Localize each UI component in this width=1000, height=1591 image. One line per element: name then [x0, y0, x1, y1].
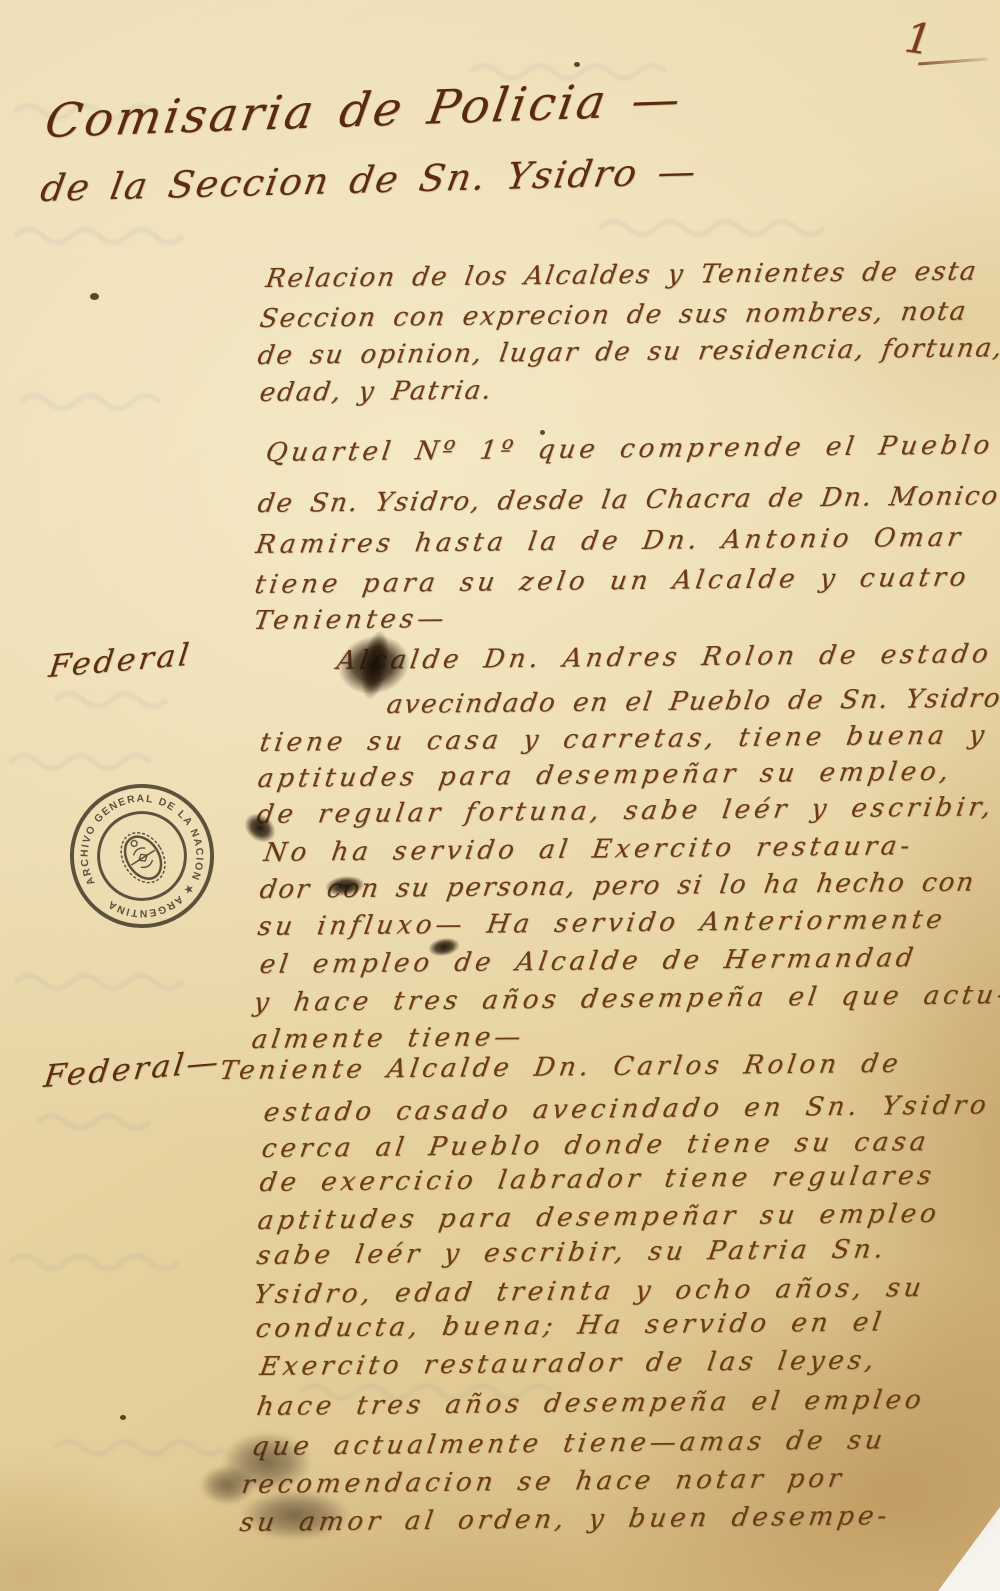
entry2-line: estado casado avecindado en Sn. Ysidro [262, 1092, 992, 1126]
torn-corner [938, 1507, 1000, 1591]
manuscript-page: 1 Comisaria de Policia — de la Seccion d… [0, 0, 1000, 1591]
entry2-line: de exercicio labrador tiene regulares [258, 1163, 937, 1196]
cuartel-line: Tenientes— [252, 606, 449, 634]
stamp-text: ARCHIVO GENERAL DE LA NACION ★ ARGENTINA [56, 770, 228, 942]
entry2-line: Teniente Alcalde Dn. Carlos Rolon de [218, 1051, 903, 1084]
intro-line: Seccion con exprecion de sus nombres, no… [258, 299, 969, 332]
cuartel-line: de Sn. Ysidro, desde la Chacra de Dn. Mo… [256, 483, 1000, 517]
stamp-outer-ring [45, 759, 238, 952]
page-number: 1 [902, 12, 935, 64]
cuartel-line: Ramires hasta la de Dn. Antonio Omar [254, 525, 966, 558]
entry2-line: conducta, buena; Ha servido en el [254, 1309, 887, 1342]
entry2-line: aptitudes para desempeñar su empleo [256, 1201, 942, 1234]
ink-speck [540, 430, 545, 435]
margin-note-federal: Federal— [42, 1047, 223, 1093]
entry1-line: de regular fortuna, sabe leér y escribir… [255, 794, 996, 828]
ink-speck [574, 62, 580, 67]
ink-smudge [200, 1465, 255, 1505]
ink-speck [120, 1415, 126, 1420]
archive-stamp: ARCHIVO GENERAL DE LA NACION ★ ARGENTINA [40, 754, 244, 958]
entry1-line: su influxo— Ha servido Anteriormente [256, 907, 948, 940]
cuartel-line: tiene para su zelo un Alcalde y cuatro [253, 565, 971, 598]
document-title-line1: Comisaria de Policia — [42, 76, 686, 145]
entry1-line: avecindado en el Pueblo de Sn. Ysidro do… [385, 684, 1000, 718]
coat-of-arms [112, 825, 174, 891]
entry2-line: sabe leér y escribir, su Patria Sn. [255, 1236, 889, 1269]
entry1-line: No ha servido al Exercito restaura- [262, 833, 915, 866]
entry1-line: tiene su casa y carretas, tiene buena y [258, 722, 990, 756]
entry2-line: cerca al Pueblo donde tiene su casa [260, 1129, 931, 1162]
entry2-line: Ysidro, edad treinta y ocho años, su [252, 1275, 927, 1308]
entry1-line: aptitudes para desempeñar su empleo, [256, 759, 954, 792]
ink-smudge [240, 1490, 350, 1540]
entry1-line: dor con su persona, pero si lo ha hecho … [258, 870, 977, 903]
ink-speck [90, 293, 99, 300]
document-title-line2: de la Seccion de Sn. Ysidro — [38, 153, 700, 207]
entry1-line: y hace tres años desempeña el que actu- [252, 982, 1000, 1016]
cuartel-line: Quartel Nº 1º que comprende el Pueblo [264, 432, 995, 466]
entry2-line: Exercito restaurador de las leyes, [258, 1348, 879, 1380]
intro-line: Relacion de los Alcaldes y Tenientes de … [264, 259, 980, 292]
entry2-line: hace tres años desempeña el empleo [255, 1387, 927, 1420]
entry2-line: que actualmente tiene—amas de su [250, 1427, 888, 1460]
intro-line: edad, y Patria. [258, 378, 495, 406]
entry1-line: el empleo de Alcalde de Hermandad [258, 945, 919, 978]
entry1-line: almente tiene— [250, 1024, 526, 1053]
entry1-line: Alcalde Dn. Andres Rolon de estado casad… [335, 640, 1000, 674]
intro-line: de su opinion, lugar de su residencia, f… [256, 335, 1000, 369]
margin-note-federal: Federal [47, 640, 194, 683]
entry2-line: recomendacion se hace notar por [240, 1466, 847, 1498]
